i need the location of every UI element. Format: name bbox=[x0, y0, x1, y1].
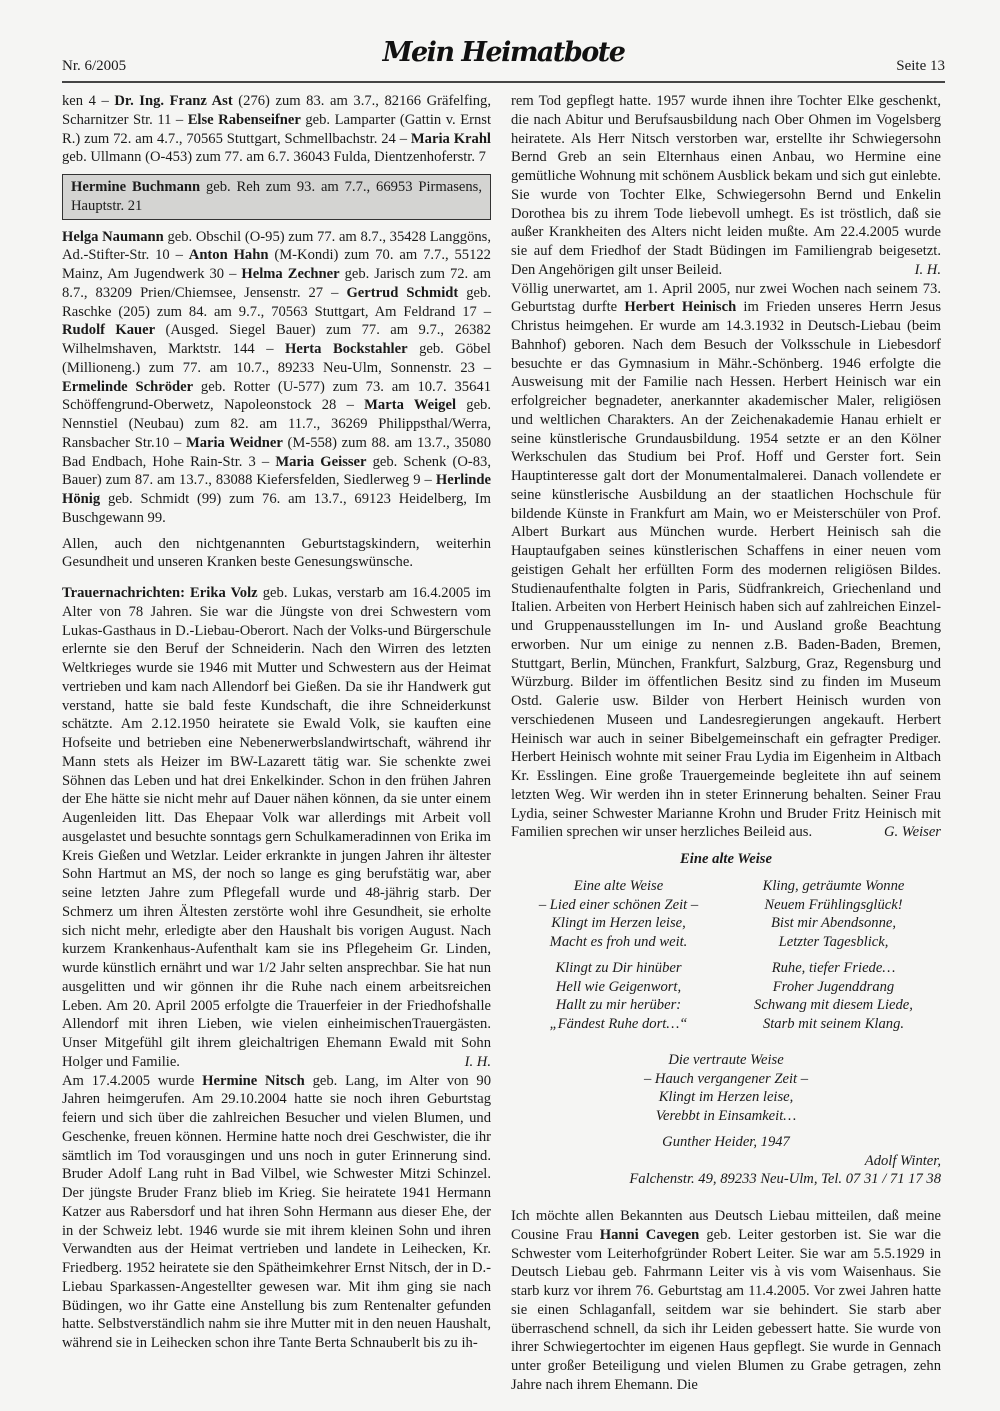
person-name: Helma Zechner bbox=[241, 266, 339, 282]
person-name: Anton Hahn bbox=[189, 247, 269, 263]
poem-line: Hallt zu mir herüber: bbox=[511, 996, 726, 1015]
birthday-wishes: Allen, auch den nichtgenannten Geburtsta… bbox=[62, 535, 491, 573]
poem-stanza: Eine alte Weise – Lied einer schönen Zei… bbox=[511, 877, 726, 952]
person-name: Herbert Heinisch bbox=[624, 299, 736, 315]
obituary-heinisch-signature: G. Weiser bbox=[884, 823, 941, 842]
person-name: Trauernachrichten: Erika Volz bbox=[62, 585, 258, 601]
person-name: Herlinde Hönig bbox=[62, 472, 491, 507]
person-name: Maria Krahl bbox=[411, 131, 491, 147]
poem-final-stanza: Die vertraute Weise – Hauch vergangener … bbox=[511, 1051, 941, 1126]
person-name: Ermelinde Schröder bbox=[62, 379, 193, 395]
person-name: Hanni Cavegen bbox=[600, 1227, 700, 1243]
page-header: Nr. 6/2005 Mein Heimatbote Seite 13 bbox=[62, 36, 945, 83]
right-column: rem Tod gepflegt hatte. 1957 wurde ihnen… bbox=[511, 92, 941, 1395]
poem-line: Klingt im Herzen leise, bbox=[511, 914, 726, 933]
left-column: ken 4 – Dr. Ing. Franz Ast (276) zum 83.… bbox=[62, 92, 491, 1353]
person-name: Maria Weidner bbox=[186, 435, 283, 451]
obituary-volz-text: Trauernachrichten: Erika Volz geb. Lukas… bbox=[62, 585, 491, 1070]
poem-submitter-name: Adolf Winter, bbox=[511, 1152, 941, 1171]
poem-title: Eine alte Weise bbox=[511, 850, 941, 869]
person-name: Helga Naumann bbox=[62, 229, 164, 245]
poem-line: Macht es froh und weit. bbox=[511, 933, 726, 952]
obituary-volz-signature: I. H. bbox=[465, 1053, 491, 1072]
poem-left-column: Eine alte Weise – Lied einer schönen Zei… bbox=[511, 877, 726, 1041]
person-name: Else Rabenseifner bbox=[188, 112, 301, 128]
poem-line: Klingt im Herzen leise, bbox=[511, 1088, 941, 1107]
poem-line: Ruhe, tiefer Friede… bbox=[726, 959, 941, 978]
person-name: Herta Bockstahler bbox=[285, 341, 408, 357]
poem-line: „Fändest Ruhe dort…“ bbox=[511, 1015, 726, 1034]
obituary-heinisch-text: Völlig unerwartet, am 1. April 2005, nur… bbox=[511, 281, 941, 841]
poem-line: Starb mit seinem Klang. bbox=[726, 1015, 941, 1034]
poem-line: Eine alte Weise bbox=[511, 877, 726, 896]
poem-stanza: Ruhe, tiefer Friede… Froher Jugenddrang … bbox=[726, 959, 941, 1034]
poem-line: Kling, geträumte Wonne bbox=[726, 877, 941, 896]
poem-line: Neuem Frühlingsglück! bbox=[726, 896, 941, 915]
highlight-box: Hermine Buchmann geb. Reh zum 93. am 7.7… bbox=[62, 174, 491, 220]
obituary-nitsch-signature: I. H. bbox=[915, 261, 941, 280]
poem-line: – Lied einer schönen Zeit – bbox=[511, 896, 726, 915]
poem-line: Schwang mit diesem Liede, bbox=[726, 996, 941, 1015]
obituary-cavegen: Ich möchte allen Bekannten aus Deutsch L… bbox=[511, 1207, 941, 1395]
page-number: Seite 13 bbox=[896, 58, 945, 75]
poem-line: Letzter Tagesblick, bbox=[726, 933, 941, 952]
person-name: Dr. Ing. Franz Ast bbox=[114, 93, 232, 109]
poem-line: Froher Jugenddrang bbox=[726, 978, 941, 997]
poem: Eine alte Weise Eine alte Weise – Lied e… bbox=[511, 850, 941, 1189]
birthday-list-1: ken 4 – Dr. Ing. Franz Ast (276) zum 83.… bbox=[62, 92, 491, 167]
issue-number: Nr. 6/2005 bbox=[62, 58, 126, 75]
poem-submitter-address: Falchenstr. 49, 89233 Neu-Ulm, Tel. 07 3… bbox=[511, 1170, 941, 1189]
poem-line: Klingt zu Dir hinüber bbox=[511, 959, 726, 978]
obituary-nitsch-continued-text: rem Tod gepflegt hatte. 1957 wurde ihnen… bbox=[511, 93, 941, 278]
poem-line: – Hauch vergangener Zeit – bbox=[511, 1070, 941, 1089]
poem-columns: Eine alte Weise – Lied einer schönen Zei… bbox=[511, 877, 941, 1041]
poem-author: Gunther Heider, 1947 bbox=[511, 1133, 941, 1152]
poem-line: Hell wie Geigenwort, bbox=[511, 978, 726, 997]
obituary-volz: Trauernachrichten: Erika Volz geb. Lukas… bbox=[62, 584, 491, 1072]
obituary-nitsch: Am 17.4.2005 wurde Hermine Nitsch geb. L… bbox=[62, 1072, 491, 1353]
poem-stanza: Kling, geträumte Wonne Neuem Frühlingsgl… bbox=[726, 877, 941, 952]
poem-right-column: Kling, geträumte Wonne Neuem Frühlingsgl… bbox=[726, 877, 941, 1041]
poem-line: Die vertraute Weise bbox=[511, 1051, 941, 1070]
person-name: Rudolf Kauer bbox=[62, 322, 155, 338]
birthday-list-2: Helga Naumann geb. Obschil (O-95) zum 77… bbox=[62, 228, 491, 528]
obituary-nitsch-continued: rem Tod gepflegt hatte. 1957 wurde ihnen… bbox=[511, 92, 941, 280]
person-name: Marta Weigel bbox=[364, 397, 456, 413]
poem-stanza: Klingt zu Dir hinüber Hell wie Geigenwor… bbox=[511, 959, 726, 1034]
person-name: Maria Geisser bbox=[275, 454, 366, 470]
person-name: Gertrud Schmidt bbox=[346, 285, 458, 301]
masthead-logo: Mein Heimatbote bbox=[383, 36, 625, 70]
person-name: Hermine Nitsch bbox=[202, 1073, 305, 1089]
poem-line: Bist mir Abendsonne, bbox=[726, 914, 941, 933]
person-name: Hermine Buchmann bbox=[71, 179, 200, 195]
obituary-heinisch: Völlig unerwartet, am 1. April 2005, nur… bbox=[511, 280, 941, 843]
poem-line: Verebbt in Einsamkeit… bbox=[511, 1107, 941, 1126]
